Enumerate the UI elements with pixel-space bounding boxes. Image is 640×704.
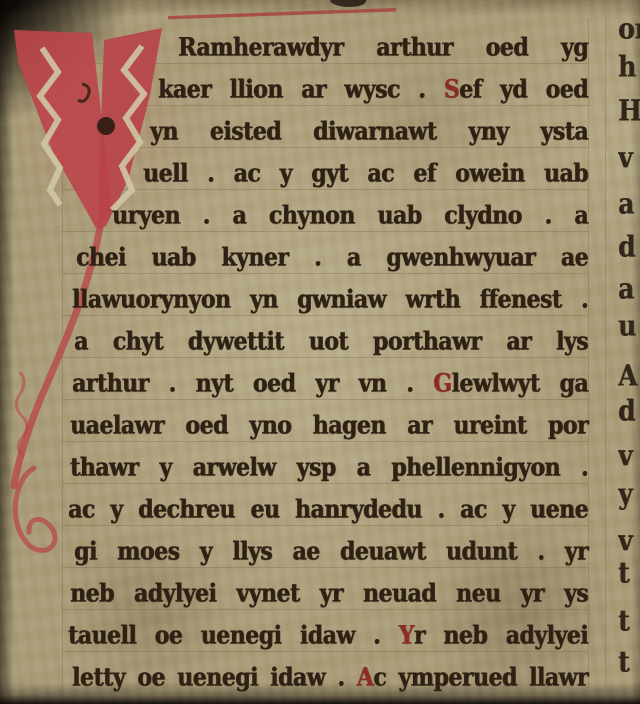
text-line: yn eisted diwarnawt yny ysta xyxy=(150,110,588,156)
text-line: uryen . a chynon uab clydno . a xyxy=(112,194,588,240)
ruling-line-vertical xyxy=(62,18,63,690)
rubricated-capital: A xyxy=(357,663,374,693)
edge-glyph: h xyxy=(618,50,640,83)
edge-glyph: u xyxy=(618,309,640,342)
text-line: uaelawr oed yno hagen ar ureint por xyxy=(70,404,588,450)
edge-glyph: t xyxy=(618,556,640,589)
edge-glyph: H xyxy=(618,94,640,127)
text-line: chei uab kyner . a gwenhwyuar ae xyxy=(76,236,588,282)
edge-glyph: a xyxy=(618,187,640,220)
text-line: letty oe uenegi idaw . Ac ymperued llawr xyxy=(72,656,588,702)
edge-glyph: v xyxy=(618,439,640,472)
edge-glyph: v xyxy=(618,141,640,174)
text-line: uell . ac y gyt ac ef owein uab xyxy=(143,152,588,198)
rubricated-capital: G xyxy=(433,369,451,399)
text-line: thawr y arwelw ysp a phellennigyon . xyxy=(70,446,588,492)
edge-glyph: a xyxy=(618,272,640,305)
rubric-line xyxy=(168,8,396,19)
edge-glyph: d xyxy=(618,394,640,427)
text-line: tauell oe uenegi idaw . Yr neb adylyei xyxy=(68,614,588,660)
edge-glyph: v xyxy=(618,524,640,557)
edge-glyph: A xyxy=(618,359,640,392)
cropped-heading-mark xyxy=(330,0,366,7)
text-line: gi moes y llys ae deuawt udunt . yr xyxy=(74,530,588,576)
text-line: llawuorynyon yn gwniaw wrth ffenest . xyxy=(72,278,588,324)
manuscript-page: Ramherawdyr arthur oed ygkaer llion ar w… xyxy=(0,0,640,704)
text-line: a chyt dywettit uot porthawr ar lys xyxy=(74,320,588,366)
ink-blot xyxy=(97,117,115,135)
text-line: kaer llion ar wysc . Sef yd oed xyxy=(158,68,588,114)
text-line: ac y dechreu eu hanrydedu . ac y uene xyxy=(68,488,588,534)
edge-glyph: t xyxy=(618,604,640,637)
edge-glyph: or xyxy=(618,12,640,45)
ruling-line-vertical xyxy=(605,18,606,690)
edge-glyph: d xyxy=(618,230,640,263)
edge-glyph: y xyxy=(618,477,640,510)
rubricated-capital: S xyxy=(444,75,459,105)
rubricated-capital: Y xyxy=(399,621,414,651)
text-line: neb adylyei vynet yr neuad neu yr ys xyxy=(70,572,588,618)
text-line: arthur . nyt oed yr vn . Glewlwyt ga xyxy=(72,362,588,408)
ruling-line-vertical xyxy=(588,18,589,690)
text-line: Ramherawdyr arthur oed yg xyxy=(178,26,588,72)
edge-glyph: t xyxy=(618,645,640,678)
margin-flourish xyxy=(16,372,27,456)
